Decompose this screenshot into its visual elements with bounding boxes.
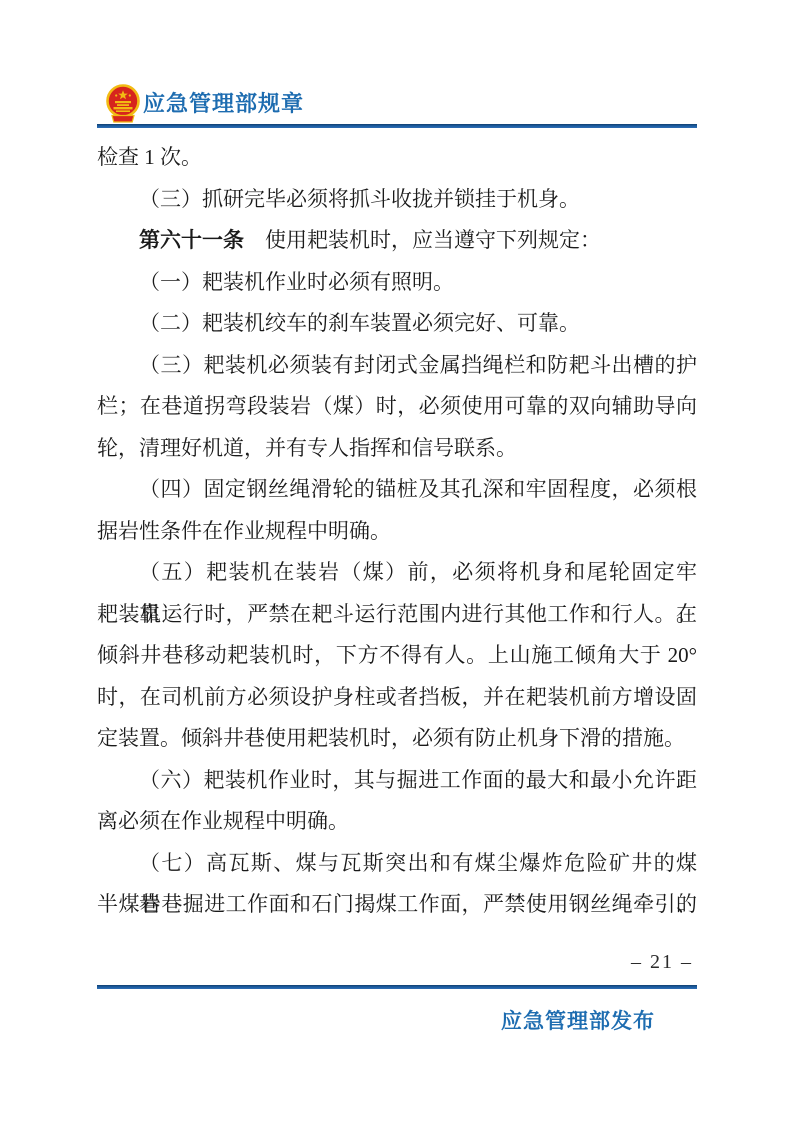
body-line: （三）抓研完毕必须将抓斗收拢并锁挂于机身。 (97, 179, 697, 221)
body-text: 检查 1 次。（三）抓研完毕必须将抓斗收拢并锁挂于机身。第六十一条 使用耙装机时… (97, 137, 697, 926)
article-number: 第六十一条 (139, 228, 244, 252)
body-line: 定装置。倾斜井巷使用耙装机时，必须有防止机身下滑的措施。 (97, 718, 697, 760)
header-agency-label: 应急管理部规章 (143, 87, 304, 118)
body-line: 半煤岩巷掘进工作面和石门揭煤工作面，严禁使用钢丝绳牵引的 (97, 884, 697, 926)
body-line: （六）耙装机作业时，其与掘进工作面的最大和最小允许距 (97, 760, 697, 802)
body-line: （五）耙装机在装岩（煤）前，必须将机身和尾轮固定牢靠。 (97, 552, 697, 594)
footer-rule (97, 985, 697, 989)
page-header: 应急管理部规章 (97, 82, 697, 124)
body-line: 轮，清理好机道，并有专人指挥和信号联系。 (97, 428, 697, 470)
body-line: （四）固定钢丝绳滑轮的锚桩及其孔深和牢固程度，必须根 (97, 469, 697, 511)
body-line: （一）耙装机作业时必须有照明。 (97, 262, 697, 304)
body-line: 检查 1 次。 (97, 137, 697, 179)
publisher-label: 应急管理部发布 (97, 1005, 697, 1037)
body-line: 据岩性条件在作业规程中明确。 (97, 511, 697, 553)
body-line: （七）高瓦斯、煤与瓦斯突出和有煤尘爆炸危险矿井的煤巷、 (97, 843, 697, 885)
body-line: 栏；在巷道拐弯段装岩（煤）时，必须使用可靠的双向辅助导向 (97, 386, 697, 428)
body-line: （二）耙装机绞车的刹车装置必须完好、可靠。 (97, 303, 697, 345)
body-line: 倾斜井巷移动耙装机时，下方不得有人。上山施工倾角大于 20° (97, 635, 697, 677)
body-line: 第六十一条 使用耙装机时，应当遵守下列规定： (97, 220, 697, 262)
document-page: 应急管理部规章 检查 1 次。（三）抓研完毕必须将抓斗收拢并锁挂于机身。第六十一… (0, 0, 793, 1122)
china-national-emblem-icon (105, 84, 141, 124)
body-line: 时，在司机前方必须设护身柱或者挡板，并在耙装机前方增设固 (97, 677, 697, 719)
body-line: 耙装机运行时，严禁在耙斗运行范围内进行其他工作和行人。在 (97, 594, 697, 636)
body-line: （三）耙装机必须装有封闭式金属挡绳栏和防耙斗出槽的护 (97, 345, 697, 387)
page-number: – 21 – (97, 951, 697, 981)
header-rule (97, 124, 697, 128)
body-line: 离必须在作业规程中明确。 (97, 801, 697, 843)
